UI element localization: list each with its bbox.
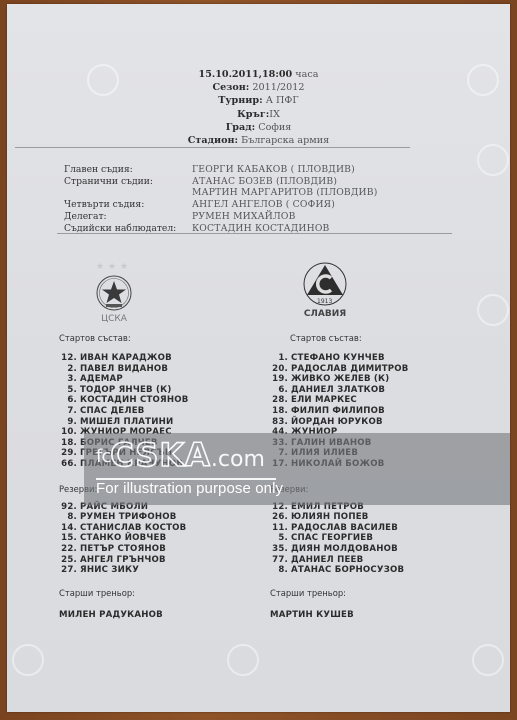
official-row: МАРТИН МАРГАРИТОВ (ПЛОВДИВ) [64, 187, 464, 199]
match-stadium: Стадион: Българска армия [7, 134, 510, 147]
player-row: 8.РУМЕН ТРИФОНОВ [59, 512, 189, 523]
faint-watermark-icon [227, 644, 259, 676]
player-row: 6.КОСТАДИН СТОЯНОВ [59, 395, 189, 406]
player-row: 6.ДАНИЕЛ ЗЛАТКОВ [270, 385, 409, 396]
player-row: 14.СТАНИСЛАВ КОСТОВ [59, 523, 189, 534]
watermark-notice: For illustration purpose only [96, 480, 283, 497]
player-row: 1.СТЕФАНО КУНЧЕВ [270, 353, 409, 364]
player-row: 28.ЕЛИ МАРКЕС [270, 395, 409, 406]
player-row: 27.ЯНИС ЗИКУ [59, 565, 189, 576]
player-row: 9.МИШЕЛ ПЛАТИНИ [59, 417, 189, 428]
svg-text:★: ★ [96, 262, 104, 272]
faint-watermark-icon [472, 644, 504, 676]
player-row: 12.ИВАН КАРАДЖОВ [59, 353, 189, 364]
player-row: 25.АНГЕЛ ГРЪНЧОВ [59, 555, 189, 566]
away-coach-label: Старши треньор: [270, 588, 409, 598]
player-row: 7.СПАС ДЕЛЕВ [59, 406, 189, 417]
player-row: 26.ЮЛИЯН ПОПЕВ [270, 512, 409, 523]
cska-star-crest-icon: ★ ★ ★ [93, 259, 135, 314]
away-team-name: СЛАВИЯ [297, 309, 353, 319]
home-team-name: ЦСКА [93, 314, 135, 324]
svg-text:1913: 1913 [317, 298, 332, 305]
away-coach-name: МАРТИН КУШЕВ [270, 610, 409, 620]
official-row: Странични съдии: АТАНАС БОЗЕВ (ПЛОВДИВ) [64, 176, 464, 188]
officials-list: Главен съдия: ГЕОРГИ КАБАКОВ ( ПЛОВДИВ) … [64, 164, 464, 234]
divider-officials [57, 233, 452, 234]
away-starting-label: Стартов състав: [270, 333, 409, 343]
player-row: 20.РАДОСЛАВ ДИМИТРОВ [270, 364, 409, 375]
home-starting-label: Стартов състав: [59, 333, 189, 343]
watermark-logo: fcCSKA.com [96, 436, 265, 474]
official-row: Делегат: РУМЕН МИХАЙЛОВ [64, 211, 464, 223]
player-row: 15.СТАНКО ЙОВЧЕВ [59, 533, 189, 544]
player-row: 5.СПАС ГЕОРГИЕВ [270, 533, 409, 544]
player-row: 83.ЙОРДАН ЮРУКОВ [270, 417, 409, 428]
match-tournament: Турнир: А ПФГ [7, 94, 510, 107]
svg-text:★: ★ [120, 262, 128, 272]
player-row: 77.ДАНИЕЛ ПЕЕВ [270, 555, 409, 566]
away-reserves-list: 12.ЕМИЛ ПЕТРОВ 26.ЮЛИЯН ПОПЕВ 11.РАДОСЛА… [270, 502, 409, 576]
home-coach-name: МИЛЕН РАДУКАНОВ [59, 610, 189, 620]
slavia-triangle-crest-icon: 1913 [302, 261, 348, 307]
faint-watermark-icon [477, 144, 509, 176]
faint-watermark-icon [477, 294, 509, 326]
player-row: 2.ПАВЕЛ ВИДАНОВ [59, 364, 189, 375]
player-row: 8.АТАНАС БОРНОСУЗОВ [270, 565, 409, 576]
svg-text:★: ★ [108, 262, 116, 272]
player-row: 3.АДЕМАР [59, 374, 189, 385]
match-season: Сезон: 2011/2012 [7, 81, 510, 94]
player-row: 5.ТОДОР ЯНЧЕВ (К) [59, 385, 189, 396]
home-reserves-list: 92.РАЙС МБОЛИ 8.РУМЕН ТРИФОНОВ 14.СТАНИС… [59, 502, 189, 576]
match-sheet-paper: 15.10.2011,18:00 часа Сезон: 2011/2012 Т… [7, 4, 510, 712]
player-row: 19.ЖИВКО ЖЕЛЕВ (К) [270, 374, 409, 385]
player-row: 11.РАДОСЛАВ ВАСИЛЕВ [270, 523, 409, 534]
official-row: Главен съдия: ГЕОРГИ КАБАКОВ ( ПЛОВДИВ) [64, 164, 464, 176]
player-row: 35.ДИЯН МОЛДОВАНОВ [270, 544, 409, 555]
divider-top [15, 147, 410, 148]
player-row: 18.ФИЛИП ФИЛИПОВ [270, 406, 409, 417]
home-coach-label: Старши треньор: [59, 588, 189, 598]
match-datetime: 15.10.2011,18:00 часа [7, 68, 510, 81]
match-city: Град: София [7, 121, 510, 134]
match-info: 15.10.2011,18:00 часа Сезон: 2011/2012 Т… [7, 68, 510, 147]
match-round: Кръг:IX [7, 108, 510, 121]
official-row: Четвърти съдия: АНГЕЛ АНГЕЛОВ ( СОФИЯ) [64, 199, 464, 211]
player-row: 22.ПЕТЪР СТОЯНОВ [59, 544, 189, 555]
faint-watermark-icon [12, 644, 44, 676]
